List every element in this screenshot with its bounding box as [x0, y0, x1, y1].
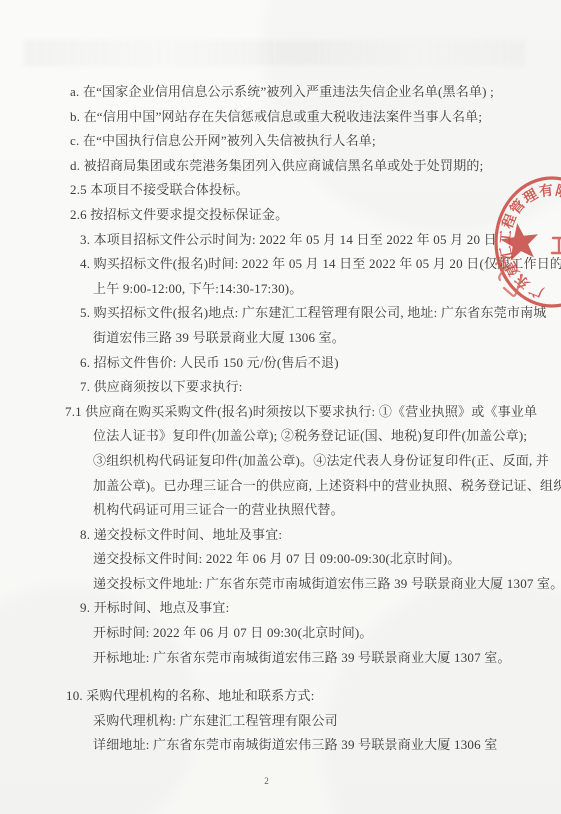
text-line: 6. 招标文件售价: 人民币 150 元/份(售后不退) — [0, 351, 561, 376]
text-line: 5. 购买招标文件(报名)地点: 广东建汇工程管理有限公司, 地址: 广东省东莞… — [0, 301, 561, 326]
text-line: a. 在“国家企业信用信息公示系统”被列入严重违法失信企业名单(黑名单) ; — [0, 80, 561, 105]
text-line: c. 在“中国执行信息公开网”被列入失信被执行人名单; — [0, 129, 561, 154]
text-line: 开标地址: 广东省东莞市南城街道宏伟三路 39 号联景商业大厦 1307 室。 — [0, 646, 561, 671]
text-line: 递交投标文件时间: 2022 年 06 月 07 日 09:00-09:30(北… — [0, 547, 561, 572]
text-line: 加盖公章)。已办理三证合一的供应商, 上述资料中的营业执照、税务登记证、组织 — [0, 474, 561, 499]
text-line: d. 被招商局集团或东莞港务集团列入供应商诚信黑名单或处于处罚期的; — [0, 154, 561, 179]
text-line: 上午 9:00-12:00, 下午:14:30-17:30)。 — [0, 277, 561, 302]
text-line: 位法人证书》复印件(加盖公章); ②税务登记证(国、地税)复印件(加盖公章); — [0, 424, 561, 449]
text-line: 递交投标文件地址: 广东省东莞市南城街道宏伟三路 39 号联景商业大厦 1307… — [0, 572, 561, 597]
text-line: 10. 采购代理机构的名称、地址和联系方式: — [0, 684, 561, 709]
text-line: 2.5 本项目不接受联合体投标。 — [0, 178, 561, 203]
text-line: 街道宏伟三路 39 号联景商业大厦 1306 室。 — [0, 326, 561, 351]
text-line: b. 在“信用中国”网站存在失信惩戒信息或重大税收违法案件当事人名单; — [0, 105, 561, 130]
text-line: 8. 递交投标文件时间、地址及事宜: — [0, 523, 561, 548]
text-line: ③组织机构代码证复印件(加盖公章)。④法定代表人身份证复印件(正、反面, 并 — [0, 449, 561, 474]
text-line: 9. 开标时间、地点及事宜: — [0, 596, 561, 621]
page-number: 2 — [0, 776, 547, 786]
text-line: 开标时间: 2022 年 06 月 07 日 09:30(北京时间)。 — [0, 621, 561, 646]
text-line: 详细地址: 广东省东莞市南城街道宏伟三路 39 号联景商业大厦 1306 室 — [0, 733, 561, 758]
text-line: 2.6 按招标文件要求提交投标保证金。 — [0, 203, 561, 228]
text-line: 7.1 供应商在购买采购文件(报名)时须按以下要求执行: ①《营业执照》或《事业… — [0, 400, 561, 425]
text-line: 机构代码证可用三证合一的营业执照代替。 — [0, 498, 561, 523]
text-line: 采购代理机构: 广东建汇工程管理有限公司 — [0, 709, 561, 734]
text-line: 3. 本项目招标文件公示时间为: 2022 年 05 月 14 日至 2022 … — [0, 228, 561, 253]
text-line: 7. 供应商须按以下要求执行: — [0, 375, 561, 400]
scanned-document-page: a. 在“国家企业信用信息公示系统”被列入严重违法失信企业名单(黑名单) ;b.… — [0, 0, 561, 814]
text-line: 4. 购买招标文件(报名)时间: 2022 年 05 月 14 日至 2022 … — [0, 252, 561, 277]
document-body: a. 在“国家企业信用信息公示系统”被列入严重违法失信企业名单(黑名单) ;b.… — [0, 0, 561, 758]
